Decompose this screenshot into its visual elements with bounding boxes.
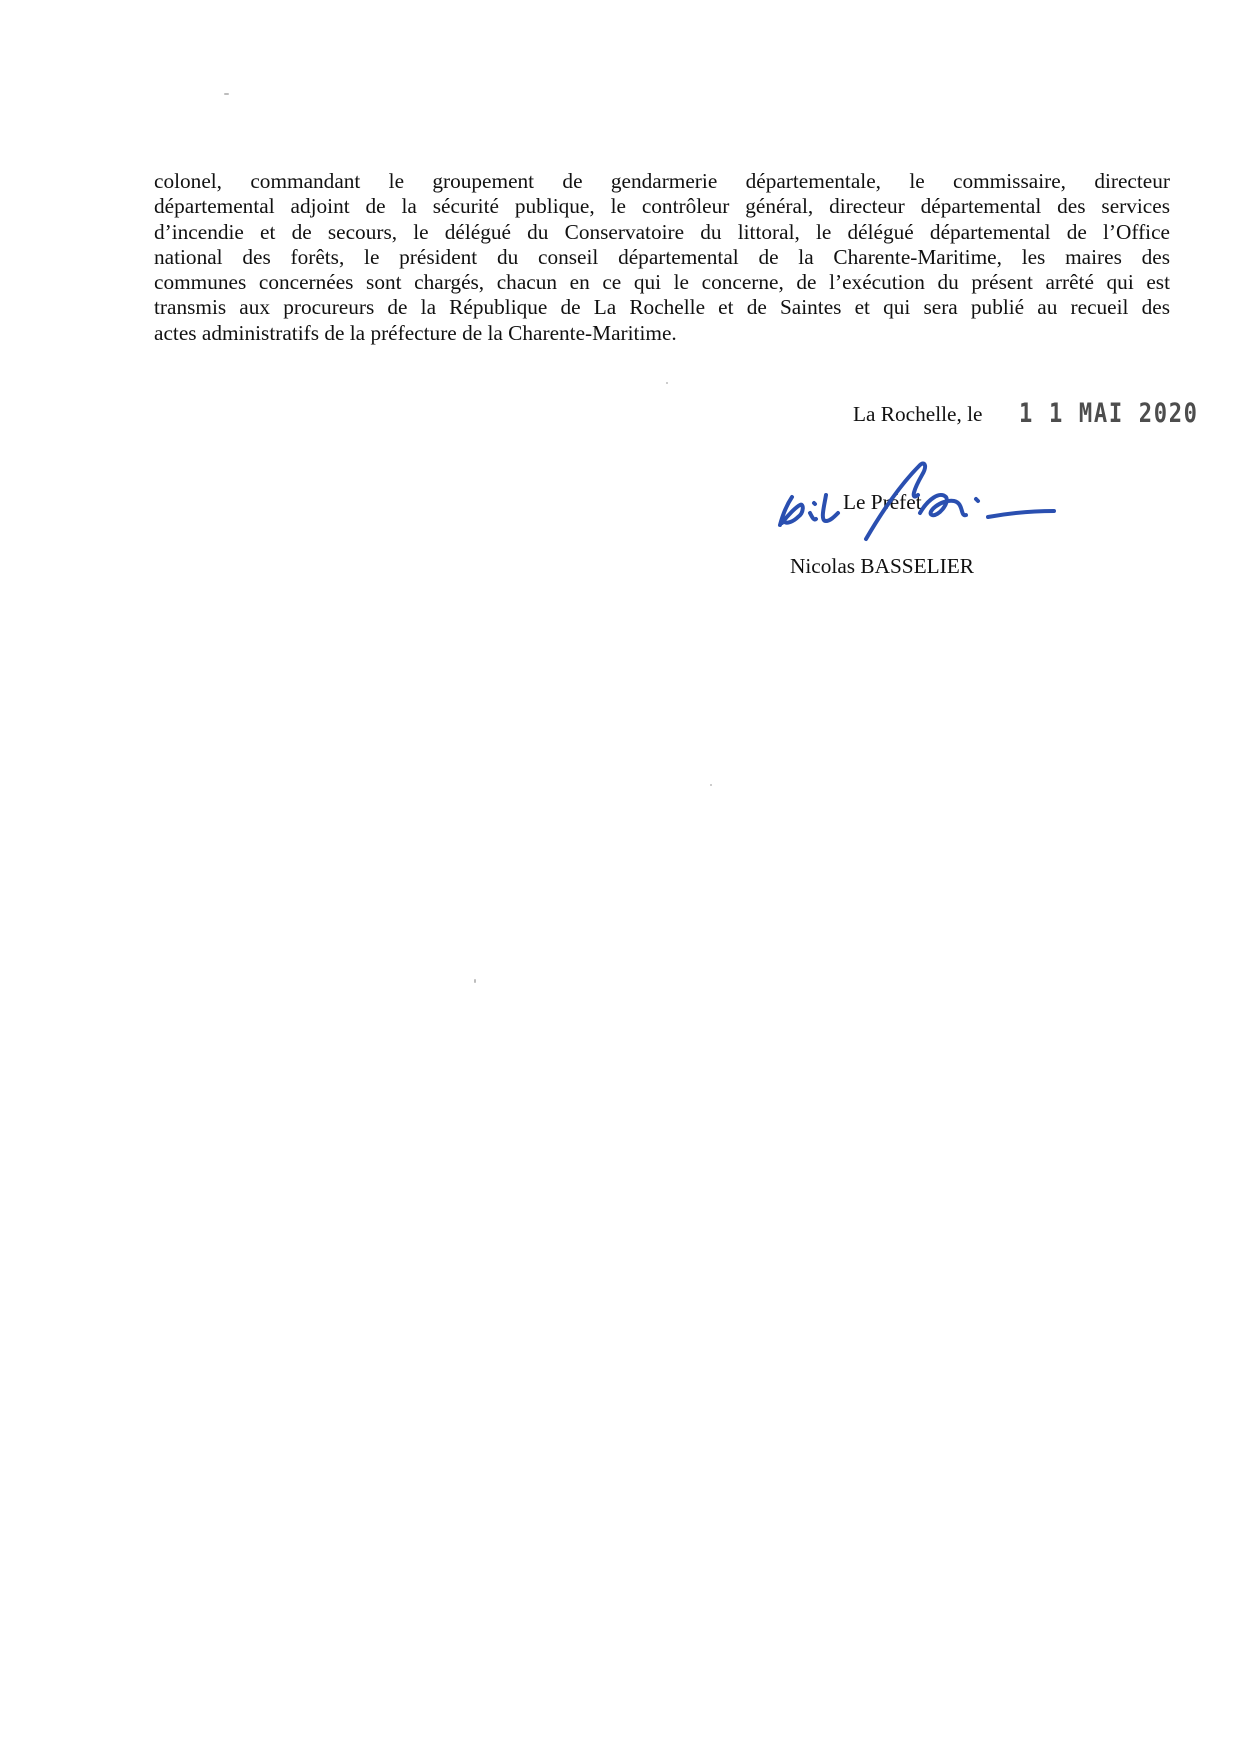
closing-paragraph: colonel, commandant le groupement de gen…	[154, 169, 1170, 346]
paragraph-line: national des forêts, le président du con…	[154, 245, 1170, 270]
scan-artifact	[474, 979, 476, 983]
handwritten-signature-icon	[770, 455, 1060, 545]
date-stamp: 1 1 MAI 2020	[1019, 398, 1199, 429]
paragraph-line: d’incendie et de secours, le délégué du …	[154, 220, 1170, 245]
scan-artifact	[710, 784, 712, 786]
scan-artifact	[666, 382, 668, 384]
signatory-name: Nicolas BASSELIER	[790, 554, 974, 579]
paragraph-line: communes concernées sont chargés, chacun…	[154, 270, 1170, 295]
document-page: colonel, commandant le groupement de gen…	[0, 0, 1241, 1754]
place-label: La Rochelle, le	[853, 402, 983, 427]
paragraph-line: colonel, commandant le groupement de gen…	[154, 169, 1170, 194]
paragraph-line: actes administratifs de la préfecture de…	[154, 321, 1170, 346]
paragraph-line: départemental adjoint de la sécurité pub…	[154, 194, 1170, 219]
scan-artifact	[224, 93, 229, 95]
paragraph-line: transmis aux procureurs de la République…	[154, 295, 1170, 320]
